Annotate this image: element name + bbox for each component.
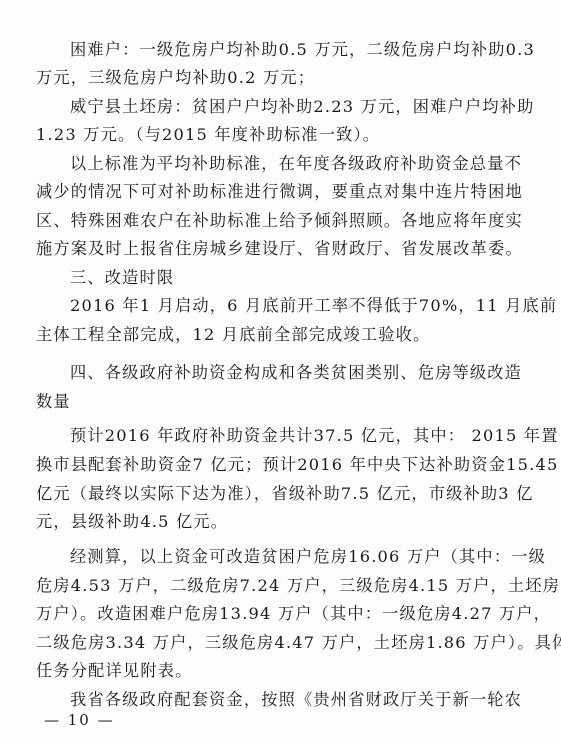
paragraph-line: 1.23 万元。（与2015 年度补助标准一致）。 — [36, 125, 482, 145]
paragraph-line: 亿元（最终以实际下达为准），省级补助7.5 亿元，市级补助3 亿 — [36, 484, 482, 504]
paragraph-line: 二级危房3.34 万户，三级危房4.47 万户，土坯房1.86 万户）。具体 — [36, 633, 482, 653]
page-number: — 10 — — [44, 711, 115, 729]
paragraph-line: 主体工程全部完成，12 月底前全部完成竣工验收。 — [36, 325, 482, 345]
paragraph-line: 任务分配详见附表。 — [36, 661, 482, 681]
paragraph-line: 减少的情况下可对补助标准进行微调，要重点对集中连片特困地 — [36, 182, 482, 202]
paragraph-line: 区、特殊困难农户在补助标准上给予倾斜照顾。各地应将年度实 — [36, 211, 482, 231]
paragraph-line: 万元，三级危房户均补助0.2 万元； — [36, 68, 482, 88]
document-page: 困难户：一级危房户均补助0.5 万元，二级危房户均补助0.3 万元，三级危房户均… — [0, 0, 561, 743]
paragraph-line: 威宁县土坯房：贫困户户均补助2.23 万元，困难户户均补助 — [70, 97, 482, 117]
paragraph-line: 经测算，以上资金可改造贫困户危房16.06 万户（其中：一级 — [70, 547, 482, 567]
paragraph-line: 困难户：一级危房户均补助0.5 万元，二级危房户均补助0.3 — [70, 40, 482, 60]
section-heading-3: 三、改造时限 — [70, 268, 482, 288]
section-heading-4-cont: 数量 — [36, 392, 482, 412]
paragraph-line: 2016 年1 月启动，6 月底前开工率不得低于70%，11 月底前 — [70, 296, 482, 316]
paragraph-line: 以上标准为平均补助标准，在年度各级政府补助资金总量不 — [70, 154, 482, 174]
paragraph-line: 危房4.53 万户，二级危房7.24 万户，三级危房4.15 万户，土坯房0.1… — [36, 576, 482, 596]
paragraph-line: 预计2016 年政府补助资金共计37.5 亿元，其中： 2015 年置 — [70, 426, 482, 446]
paragraph-line: 万户）。改造困难户危房13.94 万户（其中：一级危房4.27 万户， — [36, 604, 482, 624]
paragraph-line: 我省各级政府配套资金，按照《贵州省财政厅关于新一轮农 — [70, 690, 482, 710]
section-heading-4: 四、各级政府补助资金构成和各类贫困类别、危房等级改造 — [70, 363, 482, 383]
paragraph-line: 施方案及时上报省住房城乡建设厅、省财政厅、省发展改革委。 — [36, 239, 482, 259]
paragraph-line: 换市县配套补助资金7 亿元；预计2016 年中央下达补助资金15.45 — [36, 455, 482, 475]
paragraph-line: 元，县级补助4.5 亿元。 — [36, 512, 482, 532]
